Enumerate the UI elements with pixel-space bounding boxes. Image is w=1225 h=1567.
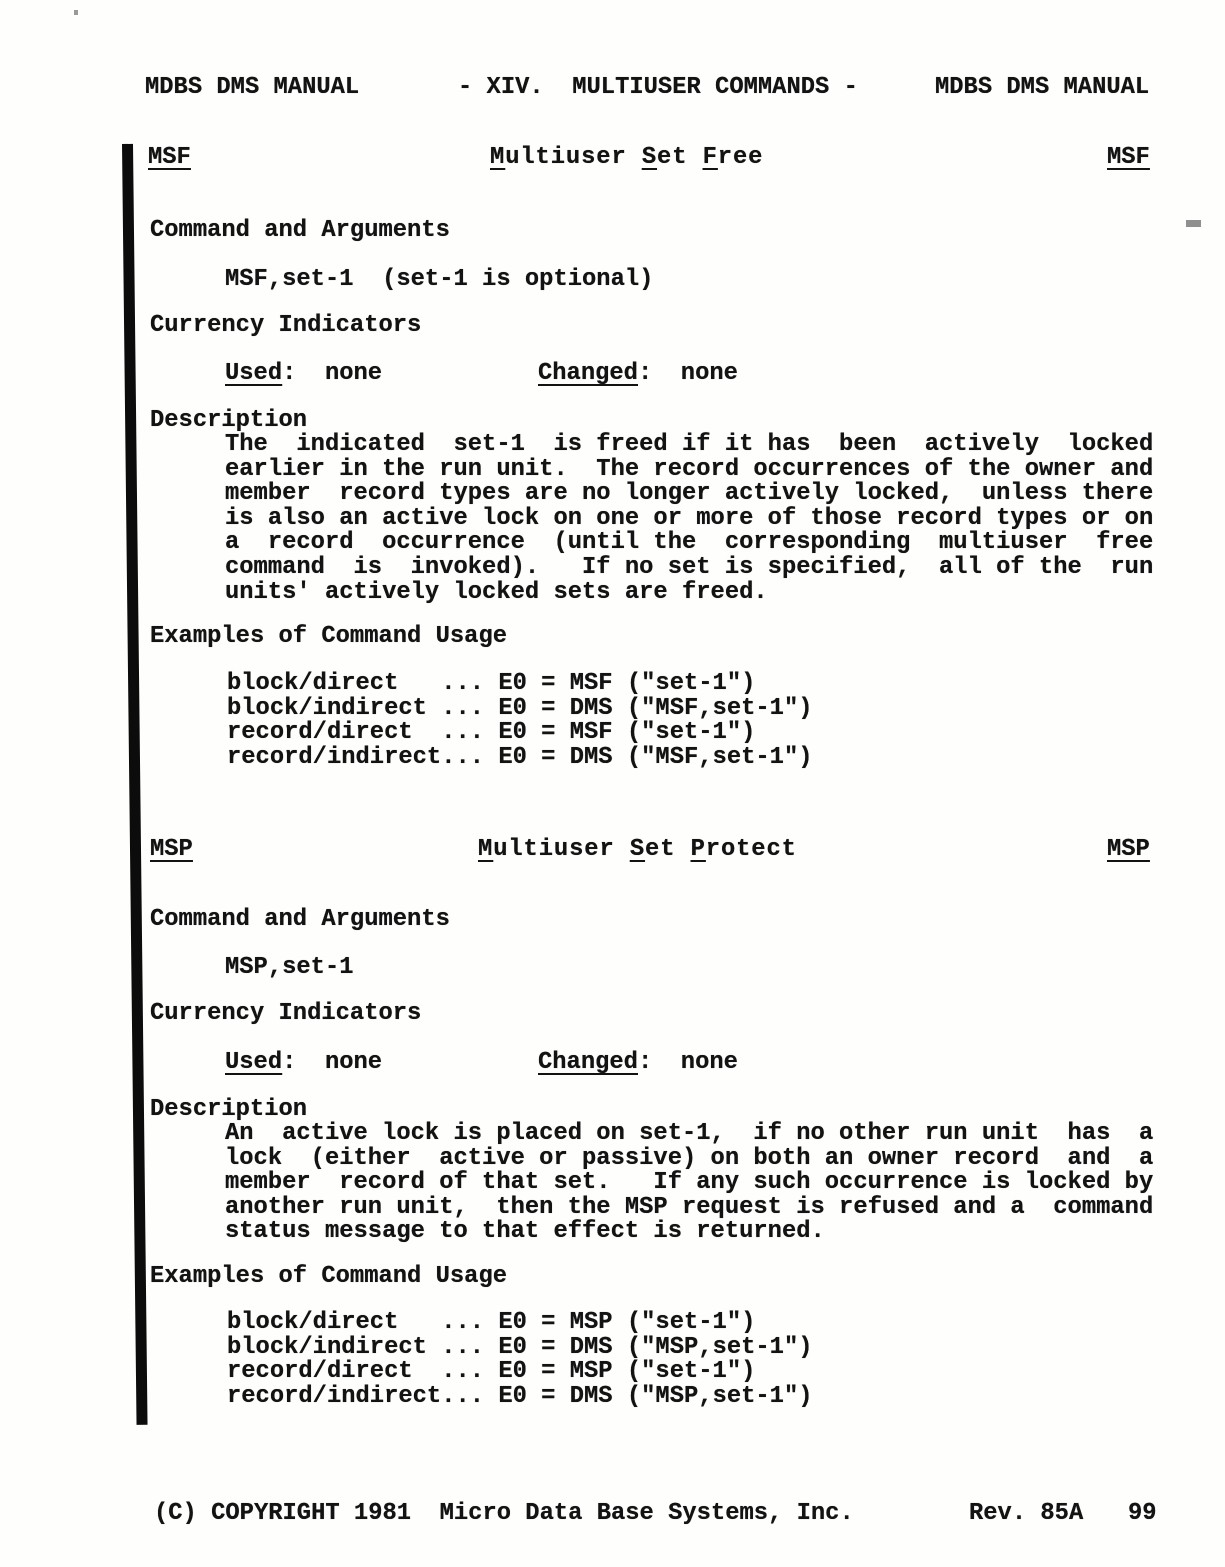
footer-revision: Rev. 85A: [969, 1502, 1083, 1527]
used-value: : none: [282, 360, 382, 387]
command-code-right: MSP: [1107, 838, 1150, 863]
command-code-right: MSF: [1107, 146, 1150, 171]
currency-used: Used: none: [225, 1051, 382, 1076]
header-center: - XIV. MULTIUSER COMMANDS -: [458, 76, 858, 101]
heading-examples: Examples of Command Usage: [150, 625, 507, 650]
header-left: MDBS DMS MANUAL: [145, 76, 359, 101]
examples-block: block/direct ... E0 = MSP ("set-1") bloc…: [227, 1311, 813, 1409]
title-word: Multiuser: [478, 836, 615, 863]
title-word: Set: [642, 144, 688, 171]
used-value: : none: [282, 1049, 382, 1076]
manual-page: MDBS DMS MANUAL - XIV. MULTIUSER COMMAND…: [0, 0, 1225, 1567]
footer-page-number: 99: [1128, 1502, 1157, 1527]
changed-value: : none: [638, 1049, 738, 1076]
section-title: Multiuser Set Free: [490, 146, 763, 171]
currency-used: Used: none: [225, 362, 382, 387]
heading-description: Description: [150, 409, 307, 434]
used-label: Used: [225, 360, 282, 387]
title-word: Multiuser: [490, 144, 627, 171]
heading-currency-indicators: Currency Indicators: [150, 314, 421, 339]
section-title: Multiuser Set Protect: [478, 838, 797, 863]
change-bar: [122, 144, 148, 1425]
heading-currency-indicators: Currency Indicators: [150, 1002, 421, 1027]
examples-block: block/direct ... E0 = MSF ("set-1") bloc…: [227, 672, 813, 770]
changed-label: Changed: [538, 1049, 638, 1076]
title-word: Protect: [691, 836, 797, 863]
command-syntax: MSF,set-1 (set-1 is optional): [225, 268, 653, 293]
command-code-left: MSP: [150, 838, 193, 863]
changed-value: : none: [638, 360, 738, 387]
command-syntax: MSP,set-1: [225, 956, 354, 981]
command-code-left: MSF: [148, 146, 191, 171]
currency-changed: Changed: none: [538, 362, 738, 387]
header-right: MDBS DMS MANUAL: [935, 76, 1149, 101]
currency-changed: Changed: none: [538, 1051, 738, 1076]
scan-speck: [1186, 220, 1201, 227]
heading-command-arguments: Command and Arguments: [150, 908, 450, 933]
title-word: Set: [630, 836, 676, 863]
heading-examples: Examples of Command Usage: [150, 1265, 507, 1290]
scan-speck: [74, 10, 78, 15]
title-word: Free: [703, 144, 764, 171]
footer-copyright: (C) COPYRIGHT 1981 Micro Data Base Syste…: [154, 1502, 854, 1527]
description-paragraph: An active lock is placed on set-1, if no…: [225, 1122, 1153, 1245]
used-label: Used: [225, 1049, 282, 1076]
description-paragraph: The indicated set-1 is freed if it has b…: [225, 433, 1153, 605]
heading-command-arguments: Command and Arguments: [150, 219, 450, 244]
changed-label: Changed: [538, 360, 638, 387]
heading-description: Description: [150, 1098, 307, 1123]
